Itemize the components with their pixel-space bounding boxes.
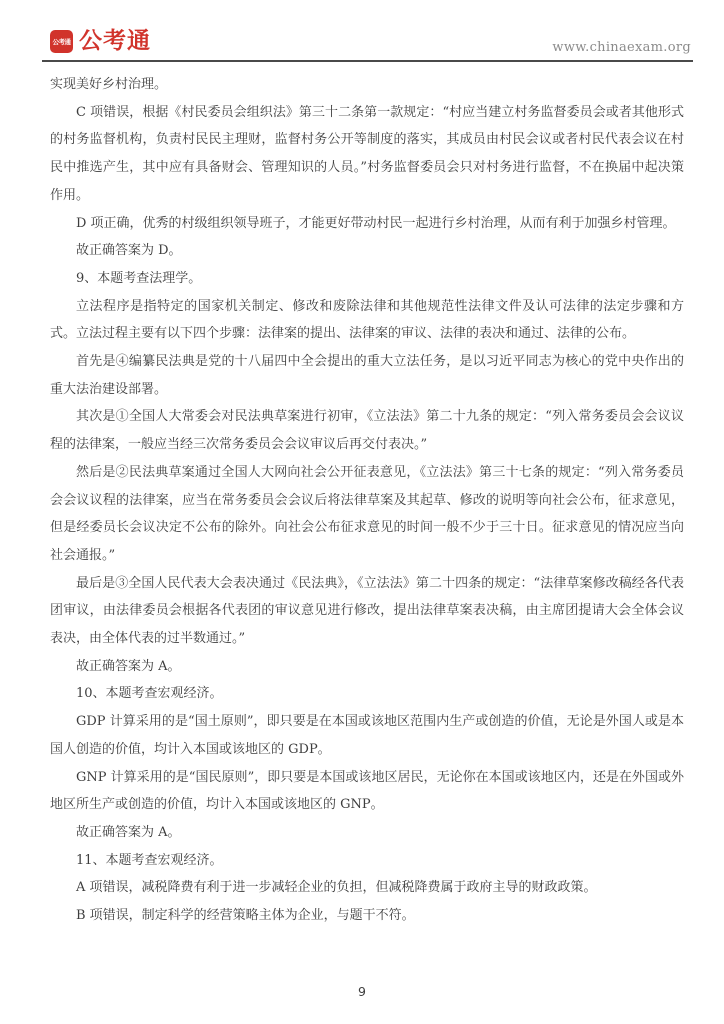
brand: 公考通 公考通: [50, 30, 151, 53]
paragraph: 首先是④编纂民法典是党的十八届四中全会提出的重大立法任务，是以习近平同志为核心的…: [50, 348, 684, 403]
page-header: 公考通 公考通 www.chinaexam.org: [0, 0, 724, 62]
gongkaotong-logo-icon: 公考通: [50, 30, 73, 53]
paragraph: 最后是③全国人民代表大会表决通过《民法典》，《立法法》第二十四条的规定：“法律草…: [50, 570, 684, 653]
paragraph: 故正确答案为 A。: [50, 653, 684, 681]
paragraph: B 项错误，制定科学的经营策略主体为企业，与题干不符。: [50, 902, 684, 930]
brand-name: 公考通: [79, 30, 151, 53]
paragraph: C 项错误，根据《村民委员会组织法》第三十二条第一款规定：“村应当建立村务监督委…: [50, 99, 684, 210]
paragraph: A 项错误，减税降费有利于进一步减轻企业的负担，但减税降费属于政府主导的财政政策…: [50, 874, 684, 902]
paragraph: 立法程序是指特定的国家机关制定、修改和废除法律和其他规范性法律文件及认可法律的法…: [50, 293, 684, 348]
paragraph: GDP 计算采用的是“国土原则”，即只要是在本国或该地区范围内生产或创造的价值，…: [50, 708, 684, 763]
paragraph: D 项正确，优秀的村级组织领导班子，才能更好带动村民一起进行乡村治理，从而有利于…: [50, 210, 684, 238]
site-url: www.chinaexam.org: [552, 40, 691, 55]
paragraph: GNP 计算采用的是“国民原则”，即只要是本国或该地区居民，无论你在本国或该地区…: [50, 764, 684, 819]
paragraph: 实现美好乡村治理。: [50, 71, 684, 99]
header-divider: [42, 60, 693, 62]
paragraph: 故正确答案为 D。: [50, 237, 684, 265]
paragraph: 9、本题考查法理学。: [50, 265, 684, 293]
page-number: 9: [358, 984, 366, 999]
paragraph: 10、本题考查宏观经济。: [50, 680, 684, 708]
paragraph: 故正确答案为 A。: [50, 819, 684, 847]
paragraph: 11、本题考查宏观经济。: [50, 847, 684, 875]
page-footer: 9: [0, 984, 724, 999]
document-body: 实现美好乡村治理。 C 项错误，根据《村民委员会组织法》第三十二条第一款规定：“…: [50, 71, 684, 930]
paragraph: 然后是②民法典草案通过全国人大网向社会公开征表意见，《立法法》第三十七条的规定：…: [50, 459, 684, 570]
paragraph: 其次是①全国人大常委会对民法典草案进行初审，《立法法》第二十九条的规定：“列入常…: [50, 403, 684, 458]
document-page: 公考通 公考通 www.chinaexam.org 实现美好乡村治理。 C 项错…: [0, 0, 724, 1024]
